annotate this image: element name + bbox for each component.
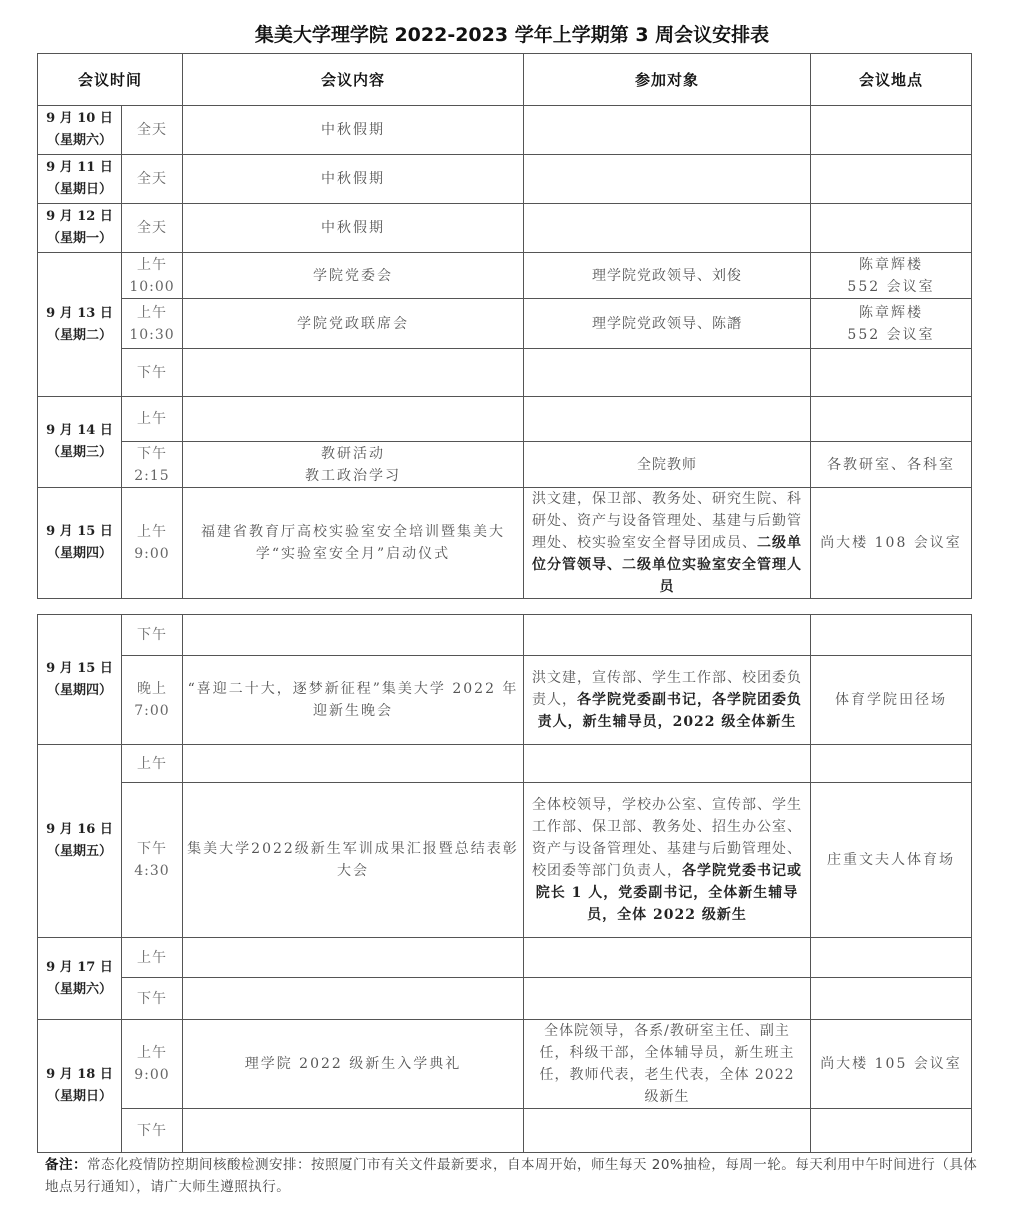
table-row: 9 月 10 日（星期六） 全天 中秋假期: [38, 106, 972, 155]
location-cell: 庄重文夫人体育场: [811, 783, 972, 938]
content-cell: “喜迎二十大，逐梦新征程”集美大学 2022 年迎新生晚会: [183, 656, 524, 745]
location-cell: 尚大楼 108 会议室: [811, 488, 972, 599]
time-cell: 上午: [122, 938, 183, 978]
content-cell: [183, 938, 524, 978]
location-cell: [811, 106, 972, 155]
date-text: 9 月 14 日: [46, 423, 113, 438]
content-cell: [183, 349, 524, 397]
footnote: 备注：常态化疫情防控期间核酸检测安排：按照厦门市有关文件最新要求，自本周开始，师…: [45, 1154, 985, 1198]
date-cell: 9 月 14 日（星期三）: [38, 397, 122, 488]
date-cell: 9 月 15 日（星期四）: [38, 488, 122, 599]
attendees-cell: 理学院党政领导、刘俊: [524, 253, 811, 299]
table-row: 9 月 16 日（星期五） 上午: [38, 745, 972, 783]
content-cell: 福建省教育厅高校实验室安全培训暨集美大学“实验室安全月”启动仪式: [183, 488, 524, 599]
weekday-text: （星期二）: [47, 328, 112, 343]
table-row: 下午: [38, 1109, 972, 1153]
time-cell: 晚上 7:00: [122, 656, 183, 745]
attendees-cell: [524, 397, 811, 442]
time-cell: 上午 10:00: [122, 253, 183, 299]
weekday-text: （星期四）: [47, 546, 112, 561]
attendees-cell: 理学院党政领导、陈譖: [524, 299, 811, 349]
header-row: 会议时间 会议内容 参加对象 会议地点: [38, 54, 972, 106]
weekday-text: （星期五）: [47, 844, 112, 859]
location-cell: 各教研室、各科室: [811, 442, 972, 488]
schedule-table-part2: 9 月 15 日（星期四） 下午 晚上 7:00 “喜迎二十大，逐梦新征程”集美…: [37, 614, 972, 1153]
attendees-cell: [524, 615, 811, 656]
date-text: 9 月 18 日: [46, 1067, 113, 1082]
content-cell: 中秋假期: [183, 106, 524, 155]
table-row: 9 月 11 日（星期日） 全天 中秋假期: [38, 155, 972, 204]
content-cell: [183, 745, 524, 783]
attendees-cell: 洪文建，宣传部、学生工作部、校团委负责人，各学院党委副书记，各学院团委负责人，新…: [524, 656, 811, 745]
date-cell: 9 月 13 日（星期二）: [38, 253, 122, 397]
location-cell: [811, 615, 972, 656]
date-cell: 9 月 18 日（星期日）: [38, 1020, 122, 1153]
date-text: 9 月 13 日: [46, 306, 113, 321]
content-cell: [183, 978, 524, 1020]
footnote-label: 备注：: [45, 1157, 87, 1173]
content-cell: 理学院 2022 级新生入学典礼: [183, 1020, 524, 1109]
location-cell: [811, 155, 972, 204]
attendees-cell: 洪文建，保卫部、教务处、研究生院、科研处、资产与设备管理处、基建与后勤管理处、校…: [524, 488, 811, 599]
content-cell: [183, 397, 524, 442]
location-cell: [811, 397, 972, 442]
header-content: 会议内容: [183, 54, 524, 106]
table-row: 下午 2:15 教研活动 教工政治学习 全院教师 各教研室、各科室: [38, 442, 972, 488]
location-cell: [811, 978, 972, 1020]
time-cell: 下午 4:30: [122, 783, 183, 938]
time-cell: 全天: [122, 204, 183, 253]
attendees-cell: 全体校领导，学校办公室、宣传部、学生工作部、保卫部、教务处、招生办公室、资产与设…: [524, 783, 811, 938]
table-row: 9 月 13 日（星期二） 上午 10:00 学院党委会 理学院党政领导、刘俊 …: [38, 253, 972, 299]
location-cell: 陈章辉楼 552 会议室: [811, 299, 972, 349]
location-cell: 尚大楼 105 会议室: [811, 1020, 972, 1109]
table-row: 9 月 15 日（星期四） 上午 9:00 福建省教育厅高校实验室安全培训暨集美…: [38, 488, 972, 599]
attendees-cell: [524, 106, 811, 155]
header-location: 会议地点: [811, 54, 972, 106]
time-cell: 下午 2:15: [122, 442, 183, 488]
table-row: 9 月 17 日（星期六） 上午: [38, 938, 972, 978]
weekday-text: （星期三）: [47, 445, 112, 460]
attendees-cell: [524, 1109, 811, 1153]
table-row: 下午 4:30 集美大学2022级新生军训成果汇报暨总结表彰大会 全体校领导，学…: [38, 783, 972, 938]
date-cell: 9 月 12 日（星期一）: [38, 204, 122, 253]
location-cell: 陈章辉楼 552 会议室: [811, 253, 972, 299]
attendees-cell: 全院教师: [524, 442, 811, 488]
table-row: 9 月 15 日（星期四） 下午: [38, 615, 972, 656]
time-cell: 上午: [122, 397, 183, 442]
time-cell: 全天: [122, 106, 183, 155]
time-cell: 下午: [122, 1109, 183, 1153]
table-row: 9 月 14 日（星期三） 上午: [38, 397, 972, 442]
table-row: 9 月 12 日（星期一） 全天 中秋假期: [38, 204, 972, 253]
date-cell: 9 月 11 日（星期日）: [38, 155, 122, 204]
content-cell: 教研活动 教工政治学习: [183, 442, 524, 488]
attendees-cell: [524, 745, 811, 783]
weekday-text: （星期六）: [47, 133, 112, 148]
date-cell: 9 月 10 日（星期六）: [38, 106, 122, 155]
weekday-text: （星期四）: [47, 683, 112, 698]
location-cell: 体育学院田径场: [811, 656, 972, 745]
date-text: 9 月 15 日: [46, 661, 113, 676]
header-attendees: 参加对象: [524, 54, 811, 106]
weekday-text: （星期日）: [47, 1089, 112, 1104]
table-row: 9 月 18 日（星期日） 上午 9:00 理学院 2022 级新生入学典礼 全…: [38, 1020, 972, 1109]
time-cell: 下午: [122, 615, 183, 656]
content-cell: 集美大学2022级新生军训成果汇报暨总结表彰大会: [183, 783, 524, 938]
header-time: 会议时间: [38, 54, 183, 106]
attendees-cell: [524, 349, 811, 397]
content-cell: 中秋假期: [183, 204, 524, 253]
attendees-text-bold: 各学院党委副书记，各学院团委负责人，新生辅导员，2022 级全体新生: [538, 692, 802, 730]
date-text: 9 月 16 日: [46, 822, 113, 837]
date-cell: 9 月 17 日（星期六）: [38, 938, 122, 1020]
table-row: 上午 10:30 学院党政联席会 理学院党政领导、陈譖 陈章辉楼 552 会议室: [38, 299, 972, 349]
table-row: 晚上 7:00 “喜迎二十大，逐梦新征程”集美大学 2022 年迎新生晚会 洪文…: [38, 656, 972, 745]
weekday-text: （星期日）: [47, 182, 112, 197]
content-cell: [183, 615, 524, 656]
date-text: 9 月 12 日: [46, 209, 113, 224]
date-text: 9 月 10 日: [46, 111, 113, 126]
location-cell: [811, 938, 972, 978]
weekday-text: （星期一）: [47, 231, 112, 246]
time-cell: 下午: [122, 978, 183, 1020]
time-cell: 上午: [122, 745, 183, 783]
content-cell: [183, 1109, 524, 1153]
location-cell: [811, 745, 972, 783]
content-cell: 学院党政联席会: [183, 299, 524, 349]
date-text: 9 月 17 日: [46, 960, 113, 975]
time-cell: 上午 9:00: [122, 1020, 183, 1109]
footnote-text: 常态化疫情防控期间核酸检测安排：按照厦门市有关文件最新要求，自本周开始，师生每天…: [45, 1157, 977, 1195]
attendees-cell: [524, 978, 811, 1020]
date-cell: 9 月 16 日（星期五）: [38, 745, 122, 938]
content-cell: 中秋假期: [183, 155, 524, 204]
location-cell: [811, 1109, 972, 1153]
content-cell: 学院党委会: [183, 253, 524, 299]
time-cell: 上午 10:30: [122, 299, 183, 349]
location-cell: [811, 204, 972, 253]
date-text: 9 月 15 日: [46, 524, 113, 539]
document-title: 集美大学理学院 2022-2023 学年上学期第 3 周会议安排表: [0, 20, 1024, 47]
date-text: 9 月 11 日: [46, 160, 113, 175]
schedule-table-part1: 会议时间 会议内容 参加对象 会议地点 9 月 10 日（星期六） 全天 中秋假…: [37, 53, 972, 599]
attendees-cell: 全体院领导，各系/教研室主任、副主任，科级干部，全体辅导员，新生班主任，教师代表…: [524, 1020, 811, 1109]
location-cell: [811, 349, 972, 397]
table-row: 下午: [38, 349, 972, 397]
attendees-cell: [524, 938, 811, 978]
date-cell: 9 月 15 日（星期四）: [38, 615, 122, 745]
attendees-cell: [524, 155, 811, 204]
time-cell: 全天: [122, 155, 183, 204]
attendees-cell: [524, 204, 811, 253]
weekday-text: （星期六）: [47, 982, 112, 997]
time-cell: 下午: [122, 349, 183, 397]
table-row: 下午: [38, 978, 972, 1020]
time-cell: 上午 9:00: [122, 488, 183, 599]
